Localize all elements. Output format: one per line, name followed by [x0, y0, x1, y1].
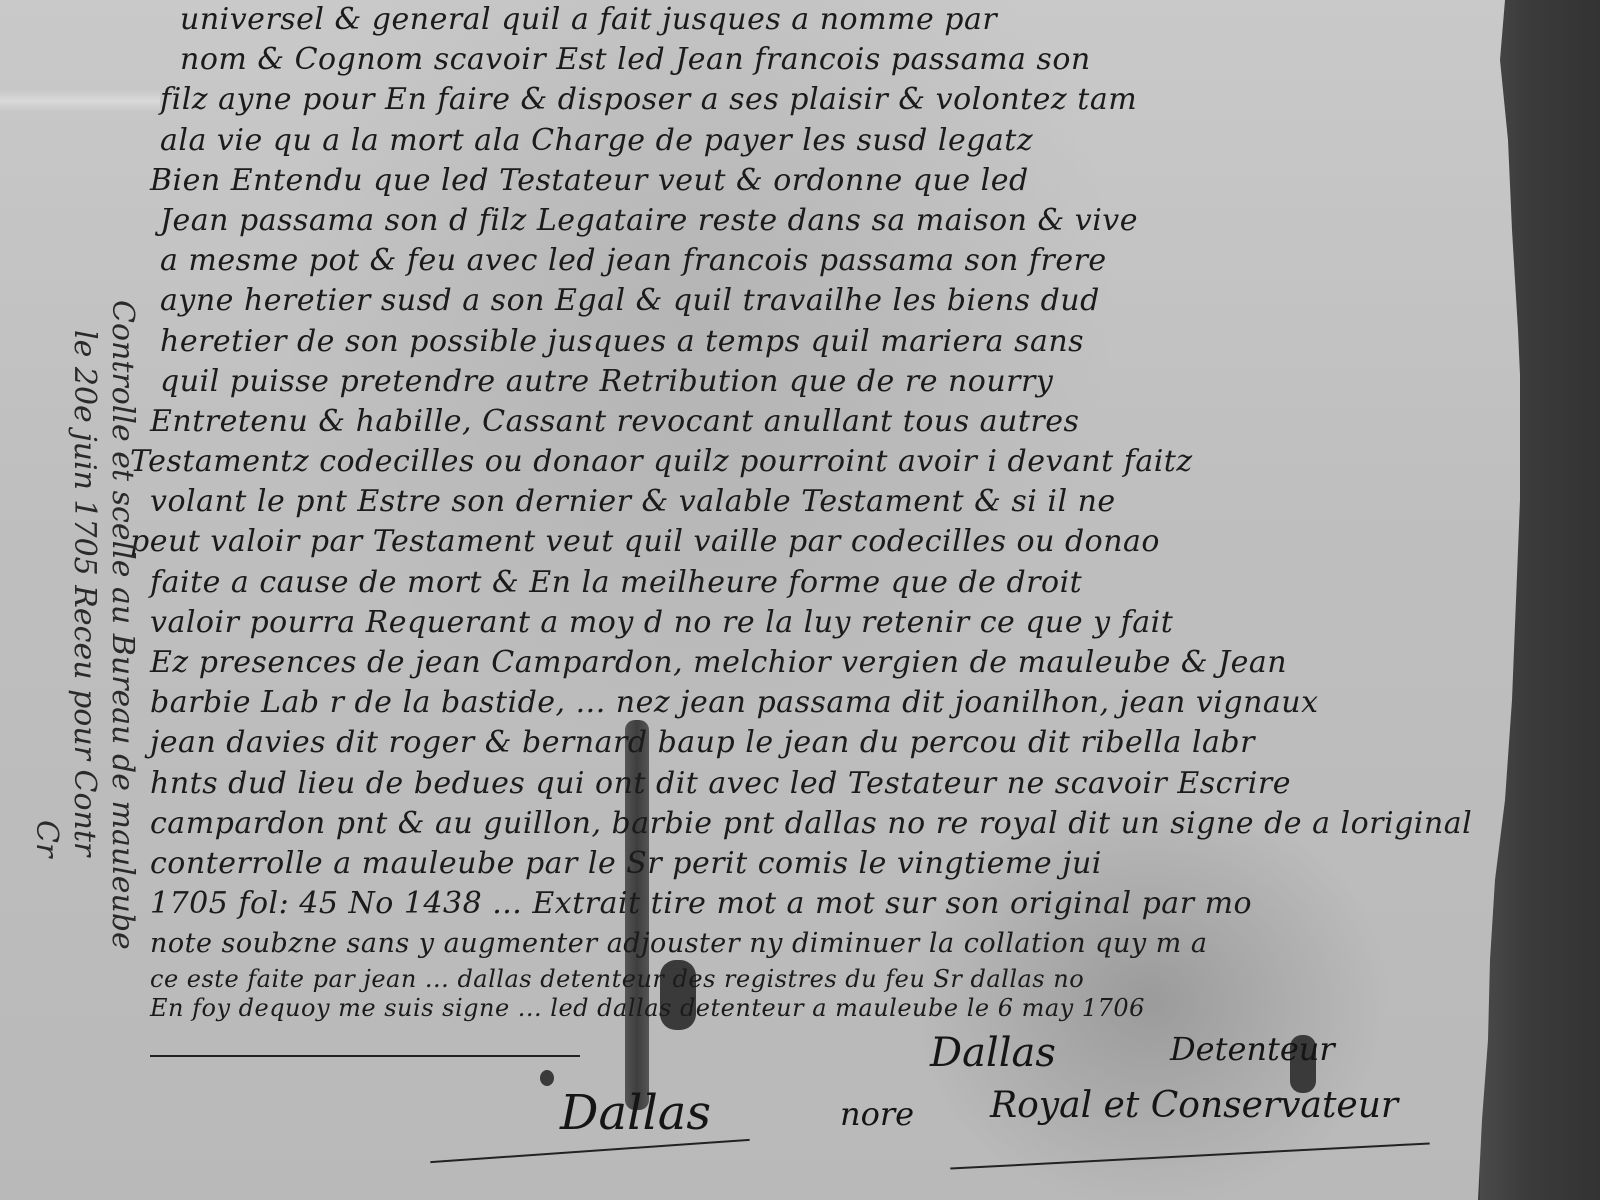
- text-line: campardon pnt & au guillon, barbie pnt d…: [120, 804, 1500, 844]
- flourish-rule: [430, 1139, 749, 1163]
- text-line: filz ayne pour En faire & disposer a ses…: [120, 80, 1500, 120]
- text-line: nom & Cognom scavoir Est led Jean franco…: [120, 40, 1500, 80]
- text-line: 1705 fol: 45 No 1438 ... Extrait tire mo…: [120, 884, 1500, 924]
- text-line: Entretenu & habille, Cassant revocant an…: [120, 402, 1500, 442]
- text-line: volant le pnt Estre son dernier & valabl…: [120, 482, 1500, 522]
- text-line: heretier de son possible jusques a temps…: [120, 322, 1500, 362]
- text-line: Ez presences de jean Campardon, melchior…: [120, 643, 1500, 683]
- margin-text-line: Cr: [29, 820, 64, 857]
- margin-text-line: Controlle et scelle au Bureau de mauleub…: [105, 300, 140, 950]
- text-line: ce este faite par jean ... dallas detent…: [120, 965, 1500, 993]
- signature-dallas-detenteur: Dallas: [930, 1030, 1056, 1076]
- text-line: hnts dud lieu de bedues qui ont dit avec…: [120, 764, 1500, 804]
- text-line: peut valoir par Testament veut quil vail…: [120, 522, 1500, 562]
- manuscript-body: universel & general quil a fait jusques …: [120, 0, 1500, 1023]
- text-line: note soubzne sans y augmenter adjouster …: [120, 924, 1500, 964]
- text-line: Bien Entendu que led Testateur veut & or…: [120, 161, 1500, 201]
- underline-rule: [150, 1055, 580, 1057]
- text-line: faite a cause de mort & En la meilheure …: [120, 563, 1500, 603]
- signature-dallas-notaire: Dallas: [560, 1085, 711, 1141]
- text-line: Testamentz codecilles ou donaor quilz po…: [120, 442, 1500, 482]
- text-line: ayne heretier susd a son Egal & quil tra…: [120, 281, 1500, 321]
- detenteur-label: Detenteur: [1170, 1030, 1335, 1068]
- margin-text-line: le 20e juin 1705 Receu pour Contr: [67, 330, 102, 856]
- text-line: a mesme pot & feu avec led jean francois…: [120, 241, 1500, 281]
- text-line: conterrolle a mauleube par le Sr perit c…: [120, 844, 1500, 884]
- text-line: valoir pourra Requerant a moy d no re la…: [120, 603, 1500, 643]
- text-line: ala vie qu a la mort ala Charge de payer…: [120, 121, 1500, 161]
- flourish-rule: [950, 1142, 1429, 1169]
- paper-sheet: universel & general quil a fait jusques …: [0, 0, 1520, 1200]
- text-line: jean davies dit roger & bernard baup le …: [120, 723, 1500, 763]
- royal-conservateur-label: Royal et Conservateur: [990, 1085, 1398, 1126]
- manuscript-photo: universel & general quil a fait jusques …: [0, 0, 1600, 1200]
- text-line: quil puisse pretendre autre Retribution …: [120, 362, 1500, 402]
- signature-block: Dallas Detenteur Dallas nore Royal et Co…: [0, 1010, 1500, 1200]
- text-line: Jean passama son d filz Legataire reste …: [120, 201, 1500, 241]
- text-line: universel & general quil a fait jusques …: [120, 0, 1500, 40]
- text-line: barbie Lab r de la bastide, ... nez jean…: [120, 683, 1500, 723]
- notaire-abbrev: nore: [840, 1095, 914, 1133]
